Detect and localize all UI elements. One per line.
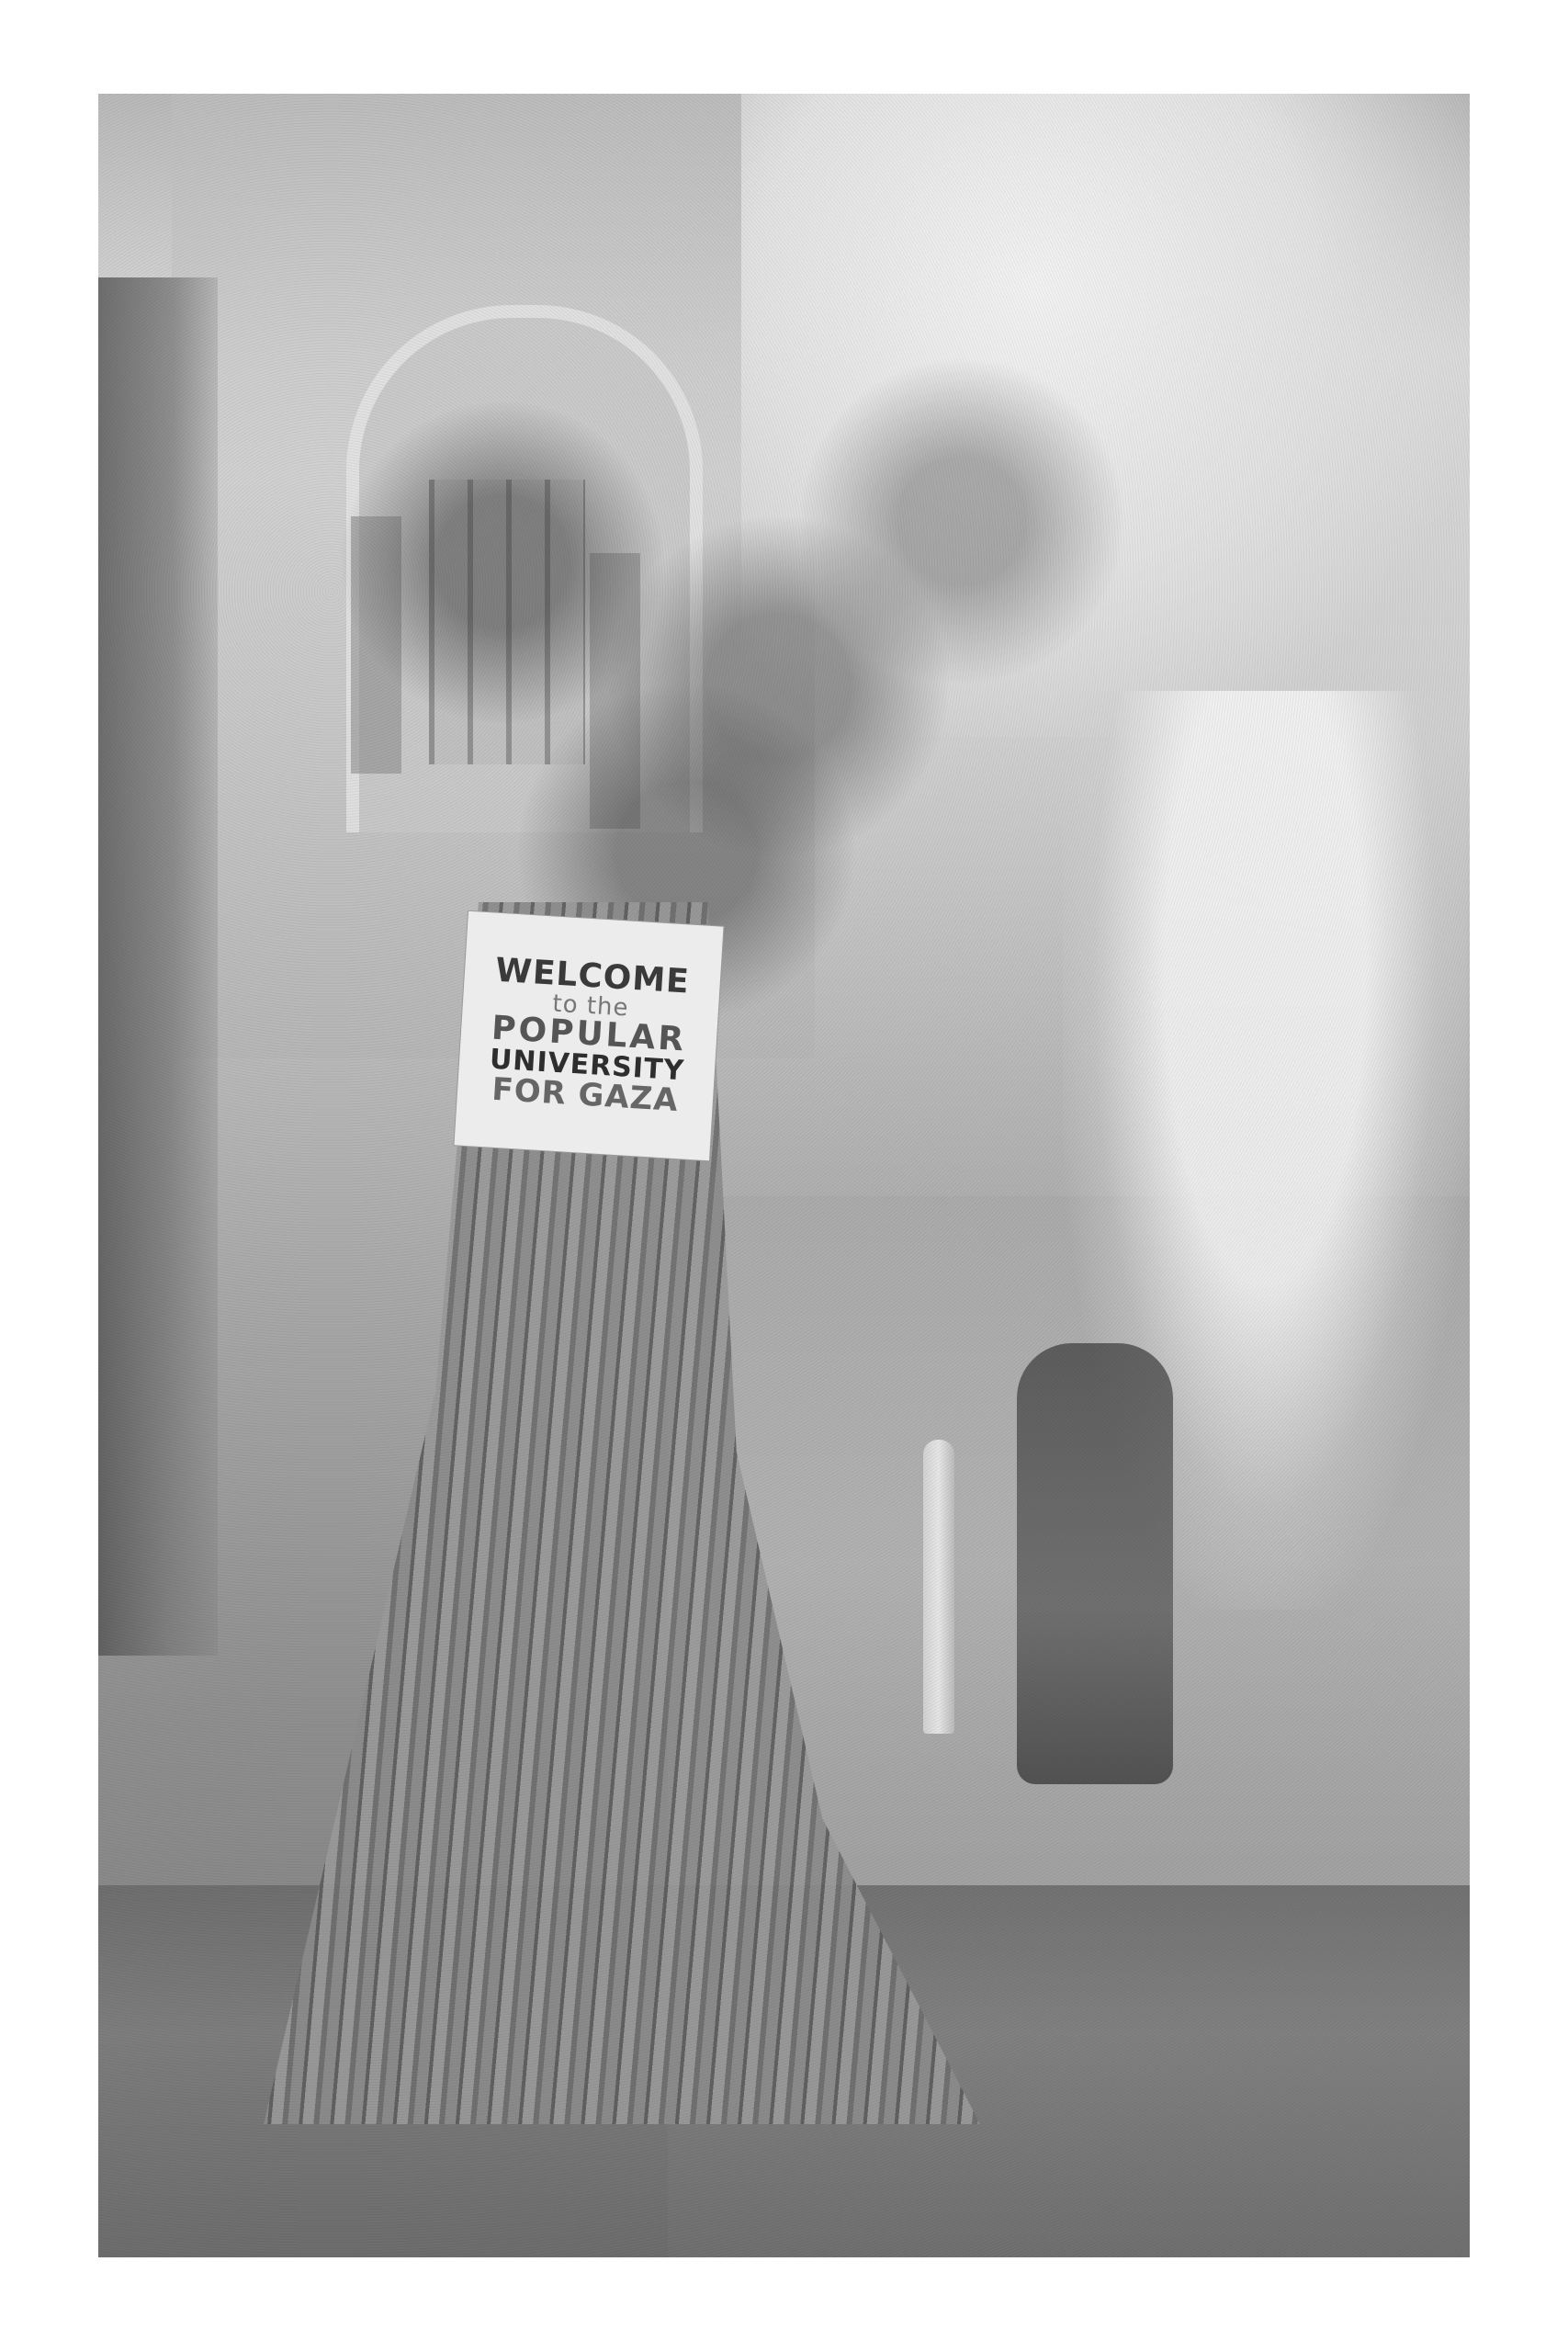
film-grain <box>98 94 1470 2257</box>
sign-line-5: FOR GAZA <box>491 1074 679 1117</box>
photograph: WELCOME to the POPULAR UNIVERSITY FOR GA… <box>98 94 1470 2257</box>
protest-sign: WELCOME to the POPULAR UNIVERSITY FOR GA… <box>454 911 723 1160</box>
